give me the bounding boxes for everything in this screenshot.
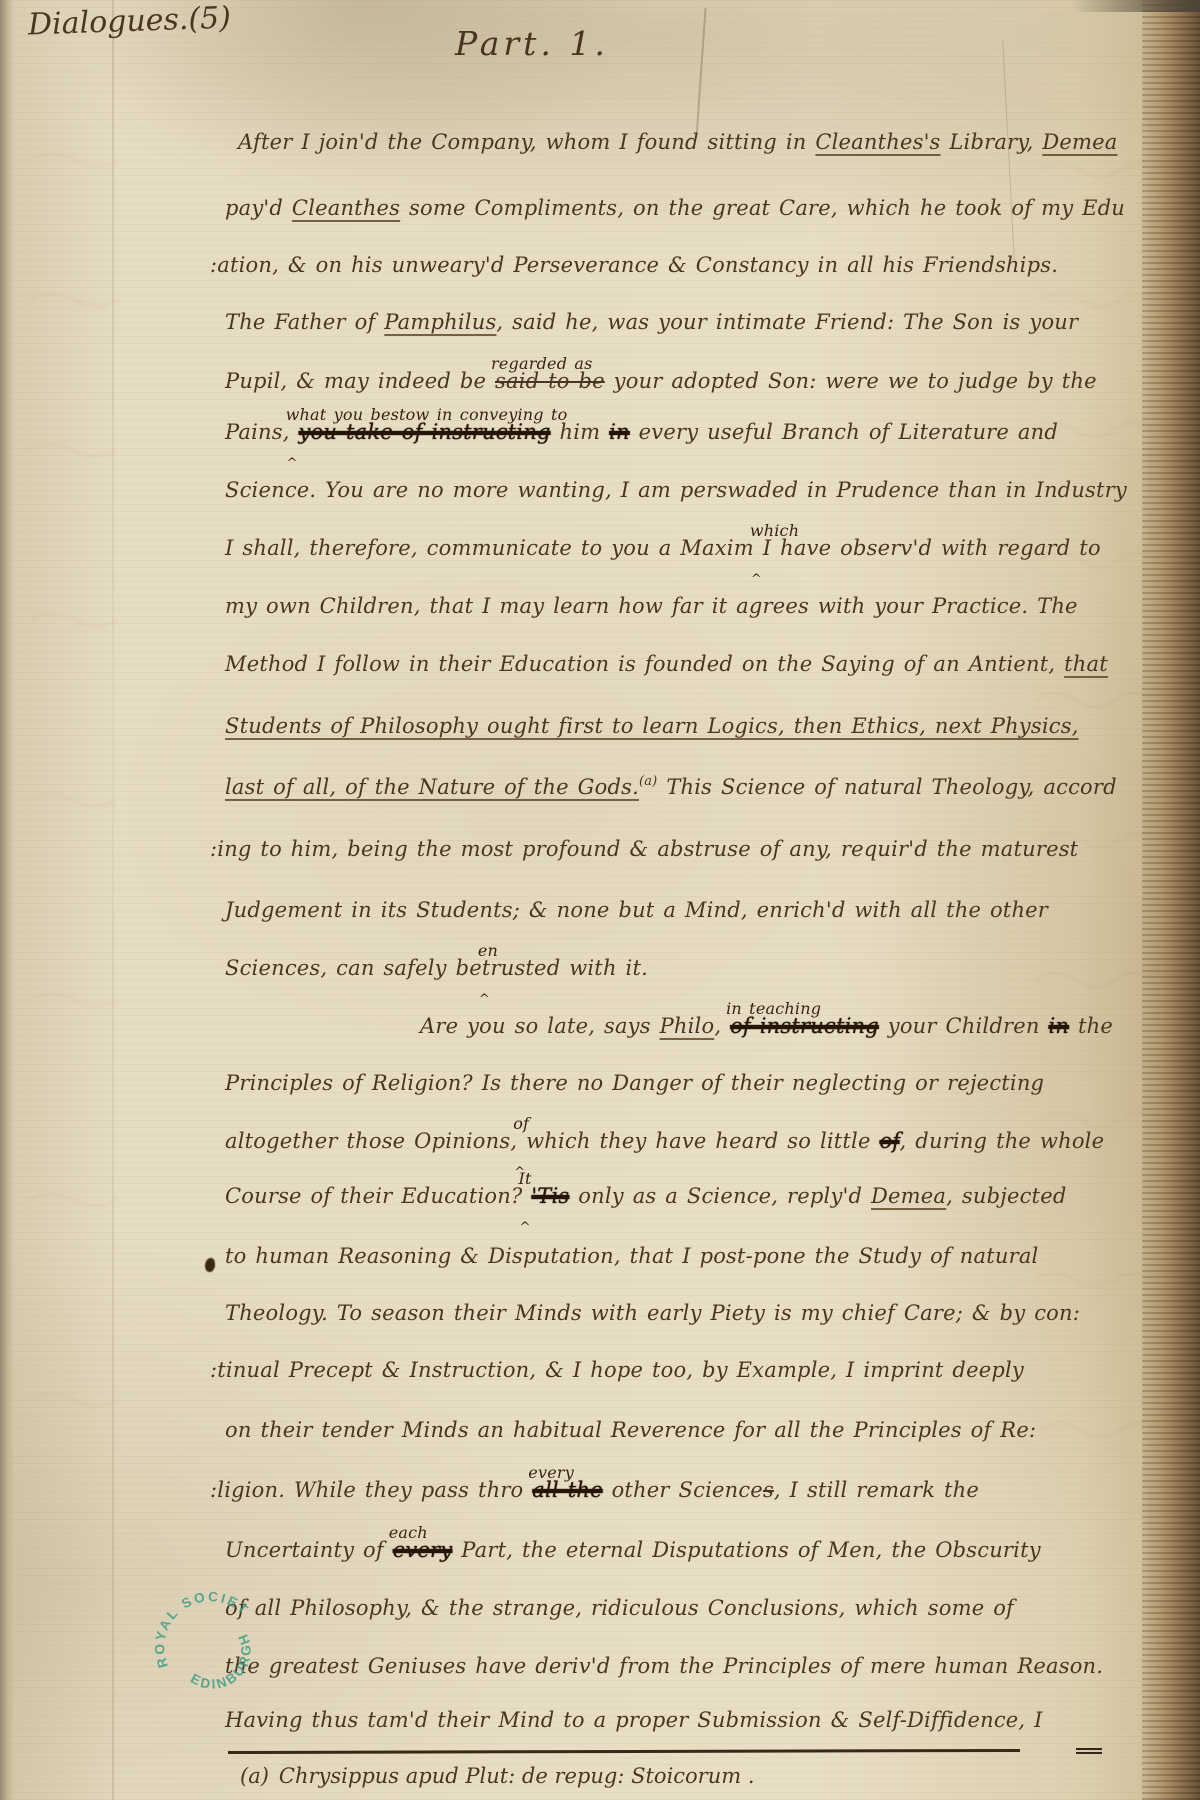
manuscript-line: :tinual Precept & Instruction, & I hope … xyxy=(210,1358,1024,1382)
footnote-reference: (a) xyxy=(639,774,658,789)
manuscript-line: Are you so late, says Philo, in teaching… xyxy=(420,1014,1113,1038)
manuscript-line: I shall, therefore, communicate to you a… xyxy=(225,536,1101,560)
manuscript-line: Method I follow in their Education is fo… xyxy=(225,652,1108,676)
manuscript-text: every useful Branch of Literature and xyxy=(630,420,1058,444)
manuscript-text: I shall, therefore, communicate to you a… xyxy=(225,536,754,560)
manuscript-line: pay'd Cleanthes some Compliments, on the… xyxy=(225,196,1125,220)
manuscript-text: pay'd xyxy=(225,196,292,220)
manuscript-text: The Father of xyxy=(225,310,384,334)
manuscript-line: last of all, of the Nature of the Gods.(… xyxy=(225,774,1117,799)
pen-mark xyxy=(1076,1748,1102,1750)
manuscript-line: :ation, & on his unweary'd Perseverance … xyxy=(210,253,1058,277)
manuscript-text: Pains, xyxy=(225,420,290,444)
deleted-text-heavy: 'Tis xyxy=(531,1184,569,1208)
manuscript-text: your Children xyxy=(879,1014,1049,1038)
manuscript-text: other Science xyxy=(603,1478,763,1502)
interline-insertion: regarded as xyxy=(491,354,593,373)
manuscript-line: :ligion. While they pass thro everyall t… xyxy=(210,1478,979,1502)
deleted-text-heavy: in xyxy=(1048,1014,1069,1038)
manuscript-text: :ation, & on his unweary'd Perseverance … xyxy=(210,253,1058,277)
interline-insertion: of xyxy=(513,1114,529,1133)
book-fore-edge xyxy=(1142,0,1200,1800)
manuscript-text: Principles of Religion? Is there no Dang… xyxy=(225,1071,1044,1095)
manuscript-line: Judgement in its Students; & none but a … xyxy=(225,898,1048,922)
manuscript-text: :ing to him, being the most profound & a… xyxy=(210,837,1078,861)
manuscript-text: Library, xyxy=(941,130,1043,154)
manuscript-text: some Compliments, on the great Care, whi… xyxy=(400,196,1125,220)
underlined-text: that xyxy=(1064,652,1108,676)
manuscript-line: Course of their Education?It^ 'Tis only … xyxy=(225,1184,1066,1208)
manuscript-text: After I join'd the Company, whom I found… xyxy=(238,130,815,154)
manuscript-line: After I join'd the Company, whom I found… xyxy=(238,130,1117,154)
manuscript-line: of all Philosophy, & the strange, ridicu… xyxy=(225,1596,1014,1620)
caret-mark: ^ xyxy=(519,1220,530,1235)
manuscript-text: :tinual Precept & Instruction, & I hope … xyxy=(210,1358,1024,1382)
manuscript-text: the xyxy=(1069,1014,1113,1038)
underlined-text: Students of Philosophy ought first to le… xyxy=(225,714,1079,738)
manuscript-text: Course of their Education? xyxy=(225,1184,522,1208)
footnote-marker: (a) xyxy=(240,1764,269,1788)
interline-insertion: in teaching xyxy=(726,999,821,1018)
interline-insertion: en xyxy=(478,941,498,960)
manuscript-text: , during the whole xyxy=(900,1129,1105,1153)
manuscript-text: trusted with it. xyxy=(482,956,648,980)
manuscript-line: altogether those Opinions,of^ which they… xyxy=(225,1129,1104,1153)
manuscript-text: :ligion. While they pass thro xyxy=(210,1478,532,1502)
footnote-text: Chrysippus apud Plut: de repug: Stoicoru… xyxy=(279,1764,755,1788)
interline-insertion: which xyxy=(750,521,799,540)
interline-insertion: each xyxy=(389,1523,428,1542)
deleted-text-heavy: in xyxy=(609,420,630,444)
underlined-text: Cleanthes xyxy=(292,196,400,220)
manuscript-text: Method I follow in their Education is fo… xyxy=(225,652,1064,676)
binding-shadow xyxy=(1070,0,1200,12)
manuscript-text: the greatest Geniuses have deriv'd from … xyxy=(225,1654,1103,1678)
manuscript-text: altogether those Opinions, xyxy=(225,1129,517,1153)
interline-insertion: It xyxy=(518,1169,531,1188)
manuscript-text: your adopted Son: were we to judge by th… xyxy=(605,369,1097,393)
manuscript-text: , said he, was your intimate Friend: The… xyxy=(496,310,1078,334)
manuscript-text: Uncertainty of xyxy=(225,1538,393,1562)
manuscript-text: which they have heard so little xyxy=(517,1129,879,1153)
manuscript-text: I have observ'd with regard to xyxy=(754,536,1101,560)
manuscript-text: Theology. To season their Minds with ear… xyxy=(225,1301,1080,1325)
manuscript-line: on their tender Minds an habitual Revere… xyxy=(225,1418,1036,1442)
manuscript-text: Are you so late, says xyxy=(420,1014,660,1038)
underlined-text: Cleanthes's xyxy=(815,130,940,154)
interline-insertion: every xyxy=(528,1463,574,1482)
deleted-text-heavy: of xyxy=(879,1129,899,1153)
manuscript-text: Judgement in its Students; & none but a … xyxy=(225,898,1048,922)
caret-mark: ^ xyxy=(479,992,490,1007)
manuscript-line: Theology. To season their Minds with ear… xyxy=(225,1301,1080,1325)
manuscript-line: Science. You are no more wanting, I am p… xyxy=(225,478,1127,502)
manuscript-line: Having thus tam'd their Mind to a proper… xyxy=(225,1708,1043,1732)
manuscript-line: the greatest Geniuses have deriv'd from … xyxy=(225,1654,1103,1678)
caret-mark: ^ xyxy=(287,456,298,471)
underlined-text: last of all, of the Nature of the Gods. xyxy=(225,775,639,799)
caret-mark: ^ xyxy=(751,572,762,587)
interline-insertion: what you bestow in conveying to xyxy=(286,405,568,424)
manuscript-text: my own Children, that I may learn how fa… xyxy=(225,594,1078,618)
manuscript-text: This Science of natural Theology, accord xyxy=(657,775,1116,799)
manuscript-line: Principles of Religion? Is there no Dang… xyxy=(225,1071,1044,1095)
manuscript-page: Dialogues.(5) Part. 1. After I join'd th… xyxy=(0,0,1200,1800)
manuscript-line: my own Children, that I may learn how fa… xyxy=(225,594,1078,618)
page-left-edge xyxy=(0,0,14,1800)
underlined-text: Demea xyxy=(1042,130,1117,154)
underlined-text: Pamphilus xyxy=(384,310,496,334)
manuscript-line: Students of Philosophy ought first to le… xyxy=(225,714,1079,738)
manuscript-line: :ing to him, being the most profound & a… xyxy=(210,837,1078,861)
manuscript-text: Science. You are no more wanting, I am p… xyxy=(225,478,1127,502)
manuscript-text: , I still remark the xyxy=(774,1478,979,1502)
deleted-text: s xyxy=(763,1478,774,1502)
manuscript-line: Sciences, can safely been^trusted with i… xyxy=(225,956,648,980)
footnote: (a)Chrysippus apud Plut: de repug: Stoic… xyxy=(240,1764,755,1788)
manuscript-text: Sciences, can safely be xyxy=(225,956,482,980)
manuscript-line: Pupil, & may indeed be regarded assaid t… xyxy=(225,369,1097,393)
manuscript-text: Having thus tam'd their Mind to a proper… xyxy=(225,1708,1043,1732)
manuscript-text: Part, the eternal Disputations of Men, t… xyxy=(452,1538,1040,1562)
text-block: After I join'd the Company, whom I found… xyxy=(0,0,1200,1800)
manuscript-line: Uncertainty of eachevery Part, the etern… xyxy=(225,1538,1041,1562)
manuscript-text: , subjected xyxy=(946,1184,1066,1208)
manuscript-line: to human Reasoning & Disputation, that I… xyxy=(225,1244,1038,1268)
manuscript-text: of all Philosophy, & the strange, ridicu… xyxy=(225,1596,1014,1620)
manuscript-text: Pupil, & may indeed be xyxy=(225,369,495,393)
manuscript-text: only as a Science, reply'd xyxy=(569,1184,871,1208)
manuscript-text: to human Reasoning & Disputation, that I… xyxy=(225,1244,1038,1268)
underlined-text: Demea xyxy=(871,1184,946,1208)
manuscript-line: Pains,what you bestow in conveying to^ y… xyxy=(225,420,1058,444)
manuscript-line: The Father of Pamphilus, said he, was yo… xyxy=(225,310,1078,334)
manuscript-text: on their tender Minds an habitual Revere… xyxy=(225,1418,1036,1442)
underlined-text: Philo xyxy=(660,1014,715,1038)
